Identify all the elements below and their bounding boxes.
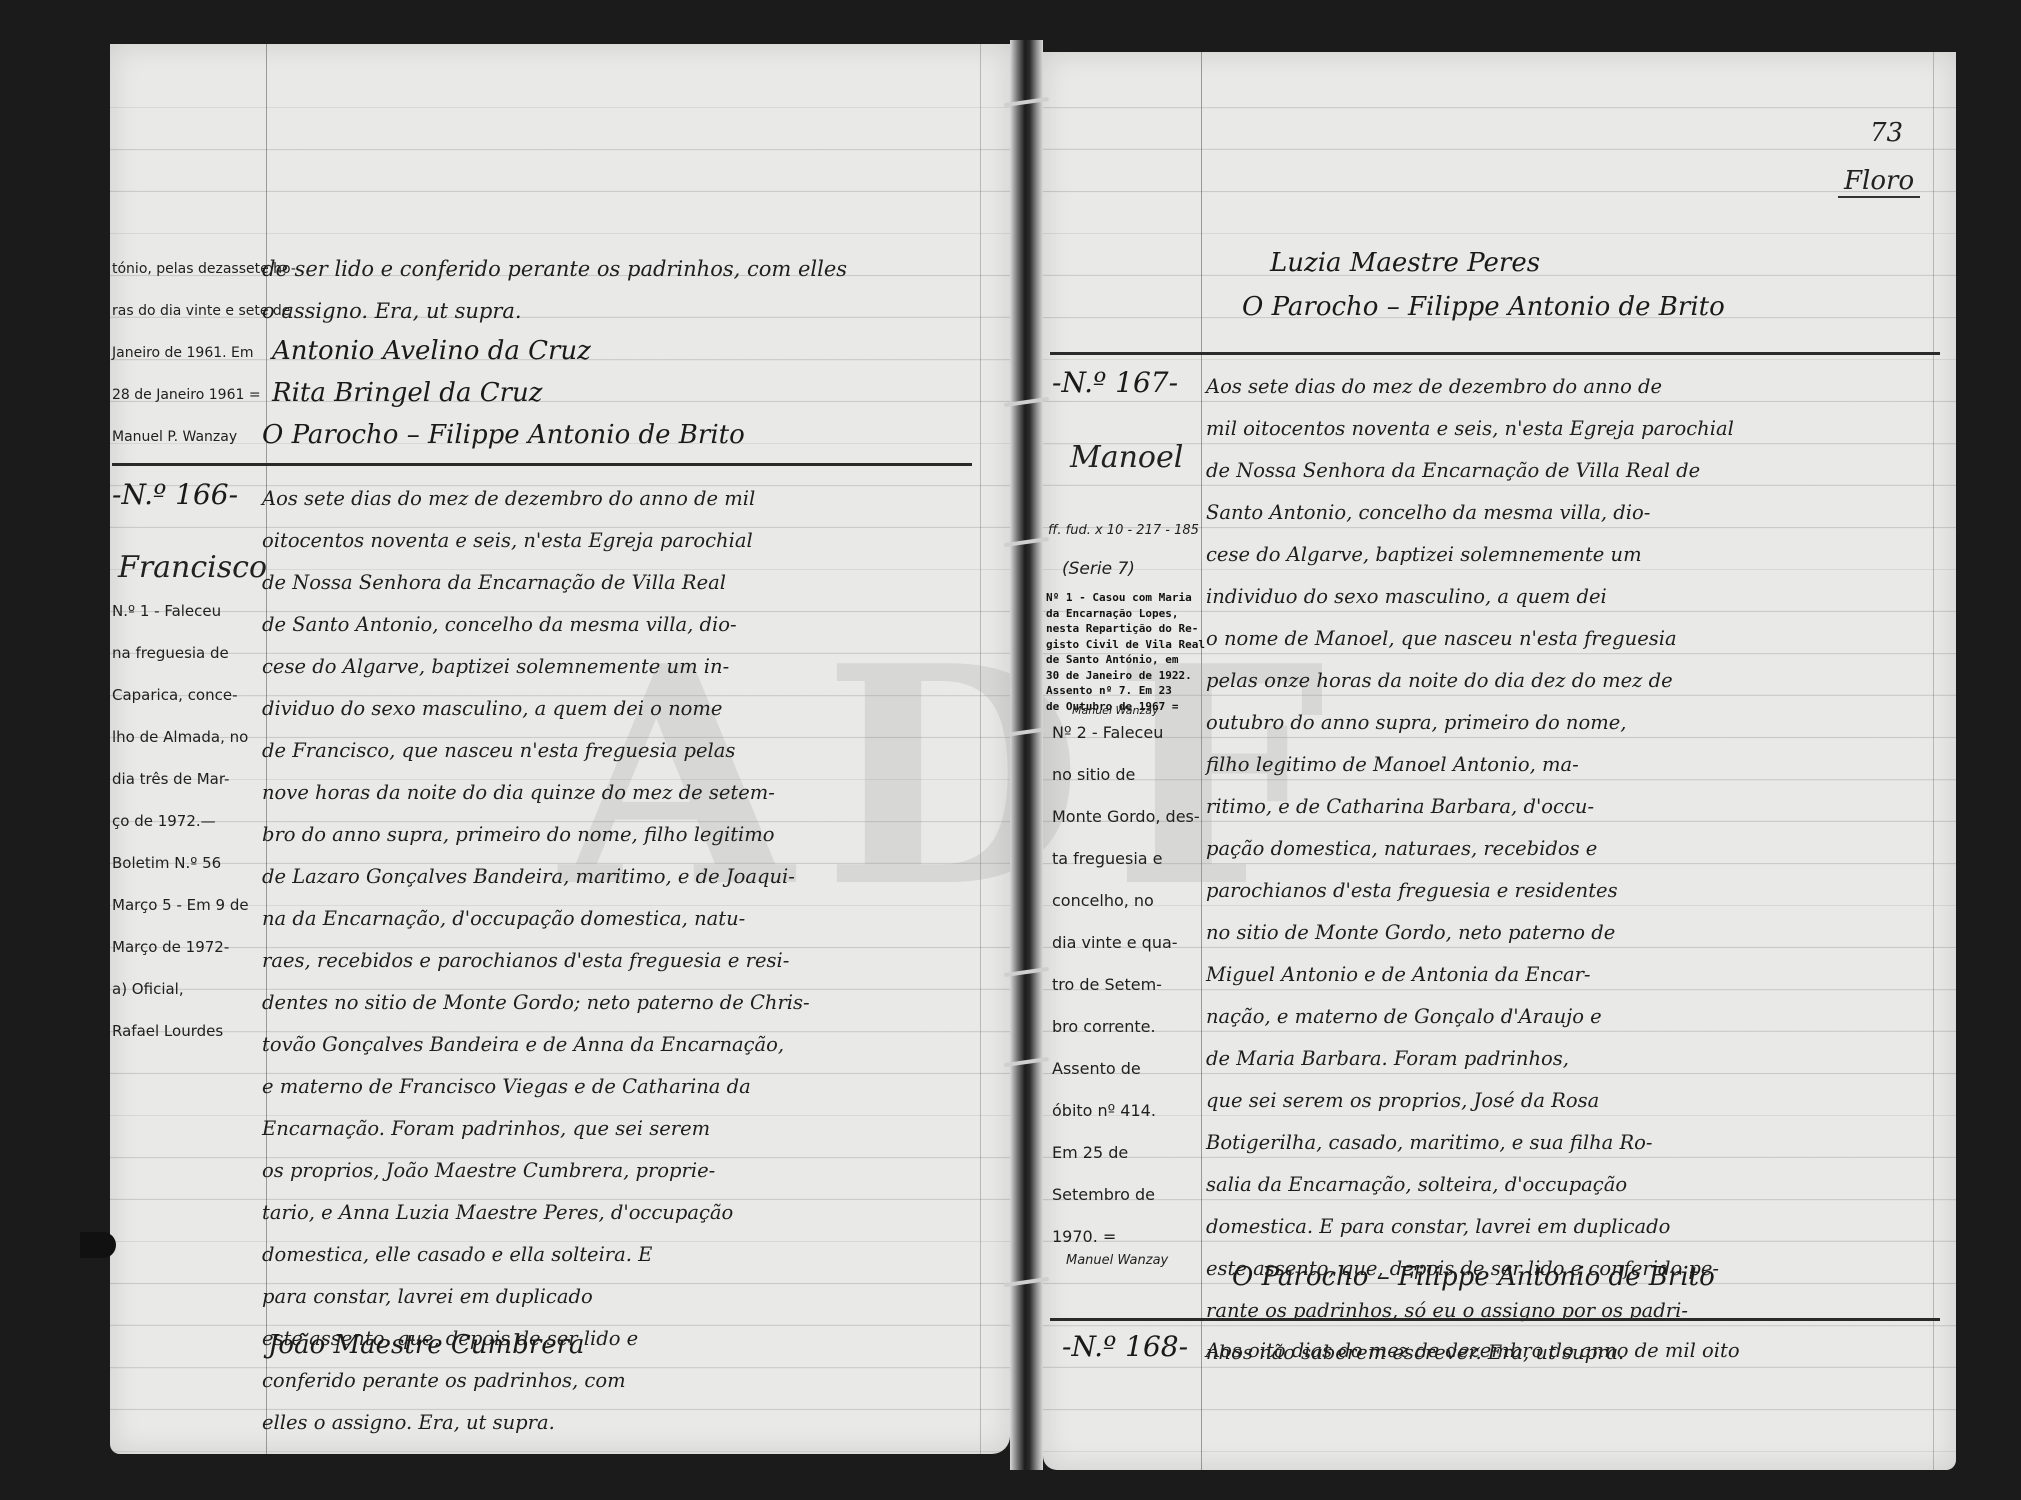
- entry-number-166: -N.º 166-: [112, 478, 238, 511]
- text-line: pelas onze horas da noite do dia dez do …: [1206, 660, 1734, 702]
- entry-167-body: Aos sete dias do mez de dezembro do anno…: [1206, 366, 1734, 1374]
- annotation-line: Em 25 de: [1052, 1132, 1200, 1174]
- text-line: no sitio de Monte Gordo, neto paterno de: [1206, 912, 1734, 954]
- child-name-manoel: Manoel: [1070, 440, 1183, 475]
- text-line: outubro do anno supra, primeiro do nome,: [1206, 702, 1734, 744]
- text-line: nação, e materno de Gonçalo d'Araujo e: [1206, 996, 1734, 1038]
- entry-divider: [1050, 1318, 1940, 1321]
- binding-stitch: [1004, 397, 1049, 407]
- text-line: de Nossa Senhora da Encarnação de Villa …: [1206, 450, 1734, 492]
- text-line: Aos sete dias do mez de dezembro do anno…: [262, 478, 810, 520]
- text-line: rante os padrinhos, só eu o assigno por …: [1206, 1290, 1734, 1332]
- text-line: na da Encarnação, d'occupação domestica,…: [262, 898, 810, 940]
- text-line: de Nossa Senhora da Encarnação de Villa …: [262, 562, 810, 604]
- reference-note: ff. fud. x 10 - 217 - 185: [1048, 510, 1199, 552]
- text-line: Aos sete dias do mez de dezembro do anno…: [1206, 366, 1734, 408]
- signature-parish-priest-167: O Parocho – Filippe Antonio de Brito: [1232, 1262, 1715, 1292]
- margin-line: 28 de Janeiro 1961 =: [112, 374, 296, 416]
- left-entry-margin-note: N.º 1 - Faleceu na freguesia de Caparica…: [112, 590, 249, 1052]
- entry-number-168: -N.º 168-: [1062, 1330, 1188, 1363]
- text-line: para constar, lavrei em duplicado: [262, 1276, 810, 1318]
- text-line: Encarnação. Foram padrinhos, que sei ser…: [262, 1108, 810, 1150]
- binding-stitch: [1004, 967, 1049, 977]
- entry-168-first-line: Aos oito dias do mez de dezembro do anno…: [1206, 1330, 1740, 1372]
- text-line: de Santo Antonio, concelho da mesma vill…: [262, 604, 810, 646]
- binding-stitch: [1004, 537, 1049, 547]
- left-edge-rule: [980, 44, 981, 1454]
- margin-line: dia três de Mar-: [112, 758, 249, 800]
- text-line: Botigerilha, casado, maritimo, e sua fil…: [1206, 1122, 1734, 1164]
- text-line: tario, e Anna Luzia Maestre Peres, d'occ…: [262, 1192, 810, 1234]
- text-line: mil oitocentos noventa e seis, n'esta Eg…: [1206, 408, 1734, 450]
- margin-line: Janeiro de 1961. Em: [112, 332, 296, 374]
- margin-line: Boletim N.º 56: [112, 842, 249, 884]
- text-line: dentes no sitio de Monte Gordo; neto pat…: [262, 982, 810, 1024]
- entry-divider: [1050, 352, 1940, 355]
- text-line: cese do Algarve, baptizei solemnemente u…: [1206, 534, 1734, 576]
- text-line: bro do anno supra, primeiro do nome, fil…: [262, 814, 810, 856]
- scanner-thumb-shadow: [80, 1232, 116, 1258]
- annotation-line: Nº 1 - Casou com Maria: [1046, 590, 1205, 606]
- left-top-text: de ser lido e conferido perante os padri…: [262, 248, 847, 332]
- margin-line: ço de 1972.—: [112, 800, 249, 842]
- annotation-line: Setembro de: [1052, 1174, 1200, 1216]
- text-line: salia da Encarnação, solteira, d'occupaç…: [1206, 1164, 1734, 1206]
- text-line: conferido perante os padrinhos, com: [262, 1360, 810, 1402]
- annotation-line: Assento de: [1052, 1048, 1200, 1090]
- margin-signature: Rafael Lourdes: [112, 1010, 249, 1052]
- annotation-line: dia vinte e qua-: [1052, 922, 1200, 964]
- annotation-line: da Encarnação Lopes,: [1046, 606, 1205, 622]
- signature-godfather: Antonio Avelino da Cruz: [272, 336, 591, 366]
- margin-line: N.º 1 - Faleceu: [112, 590, 249, 632]
- text-line: cese do Algarve, baptizei solemnemente u…: [262, 646, 810, 688]
- annotation-line: ta freguesia e: [1052, 838, 1200, 880]
- text-line: oitocentos noventa e seis, n'esta Egreja…: [262, 520, 810, 562]
- binding-stitch: [1004, 727, 1049, 737]
- text-line: de Maria Barbara. Foram padrinhos,: [1206, 1038, 1734, 1080]
- text-line: dividuo do sexo masculino, a quem dei o …: [262, 688, 810, 730]
- annotation-line: no sitio de: [1052, 754, 1200, 796]
- annotation-line: Monte Gordo, des-: [1052, 796, 1200, 838]
- annotation-line: bro corrente.: [1052, 1006, 1200, 1048]
- annotation-line: 30 de Janeiro de 1922.: [1046, 668, 1205, 684]
- text-line: ritimo, e de Catharina Barbara, d'occu-: [1206, 786, 1734, 828]
- annotation-line: de Santo António, em: [1046, 652, 1205, 668]
- entry-number-167: -N.º 167-: [1052, 366, 1178, 399]
- margin-line: na freguesia de: [112, 632, 249, 674]
- series-note: (Serie 7): [1062, 548, 1135, 590]
- annotation-signature-2: Manuel Wanzay: [1066, 1240, 1168, 1282]
- text-line: pação domestica, naturaes, recebidos e: [1206, 828, 1734, 870]
- signature-joao-maestre: João Maestre Cumbrera: [268, 1330, 585, 1360]
- annotation-line: óbito nº 414.: [1052, 1090, 1200, 1132]
- signature-parish-priest-right: O Parocho – Filippe Antonio de Brito: [1242, 292, 1725, 322]
- text-line: domestica, elle casado e ella solteira. …: [262, 1234, 810, 1276]
- annotation-line: gisto Civil de Vila Real: [1046, 637, 1205, 653]
- binding-stitch: [1004, 97, 1049, 107]
- entry-divider: [112, 463, 972, 466]
- margin-line: a) Oficial,: [112, 968, 249, 1010]
- binding-stitch: [1004, 1277, 1049, 1287]
- text-line: domestica. E para constar, lavrei em dup…: [1206, 1206, 1734, 1248]
- annotation-line: nesta Repartição do Re-: [1046, 621, 1205, 637]
- text-line: tovão Gonçalves Bandeira e de Anna da En…: [262, 1024, 810, 1066]
- signature-luzia-maestre: Luzia Maestre Peres: [1270, 248, 1540, 278]
- text-line: de Lazaro Gonçalves Bandeira, maritimo, …: [262, 856, 810, 898]
- signature-godmother: Rita Bringel da Cruz: [272, 378, 543, 408]
- text-line: os proprios, João Maestre Cumbrera, prop…: [262, 1150, 810, 1192]
- margin-line: lho de Almada, no: [112, 716, 249, 758]
- text-line: Santo Antonio, concelho da mesma villa, …: [1206, 492, 1734, 534]
- text-line: raes, recebidos e parochianos d'esta fre…: [262, 940, 810, 982]
- text-line: parochianos d'esta freguesia e residente…: [1206, 870, 1734, 912]
- entry-166-body: Aos sete dias do mez de dezembro do anno…: [262, 478, 810, 1444]
- text-line: de Francisco, que nasceu n'esta freguesi…: [262, 730, 810, 772]
- margin-line: Março 5 - Em 9 de: [112, 884, 249, 926]
- annotation-line: concelho, no: [1052, 880, 1200, 922]
- text-line: que sei serem os proprios, José da Rosa: [1206, 1080, 1734, 1122]
- death-annotation: Nº 2 - Faleceu no sitio de Monte Gordo, …: [1052, 712, 1200, 1258]
- annotation-line: Assento nº 7. Em 23: [1046, 683, 1205, 699]
- child-name-francisco: Francisco: [118, 550, 267, 585]
- annotation-line: tro de Setem-: [1052, 964, 1200, 1006]
- annotation-line: Nº 2 - Faleceu: [1052, 712, 1200, 754]
- right-margin-rule: [1201, 52, 1202, 1470]
- binding-stitch: [1004, 1057, 1049, 1067]
- text-line: de ser lido e conferido perante os padri…: [262, 248, 847, 290]
- signature-parish-priest: O Parocho – Filippe Antonio de Brito: [262, 420, 745, 450]
- folio-note: Floro: [1838, 166, 1920, 198]
- text-line: Miguel Antonio e de Antonia da Encar-: [1206, 954, 1734, 996]
- margin-line: Caparica, conce-: [112, 674, 249, 716]
- text-line: filho legitimo de Manoel Antonio, ma-: [1206, 744, 1734, 786]
- folio-number: 73: [1870, 118, 1903, 148]
- book-spine: [1010, 40, 1043, 1470]
- text-line: elles o assigno. Era, ut supra.: [262, 1402, 810, 1444]
- marriage-annotation: Nº 1 - Casou com Maria da Encarnação Lop…: [1046, 590, 1205, 714]
- text-line: individuo do sexo masculino, a quem dei: [1206, 576, 1734, 618]
- text-line: o nome de Manoel, que nasceu n'esta freg…: [1206, 618, 1734, 660]
- margin-line: Março de 1972-: [112, 926, 249, 968]
- text-line: o assigno. Era, ut supra.: [262, 290, 847, 332]
- right-edge-rule: [1933, 52, 1934, 1470]
- text-line: e materno de Francisco Viegas e de Catha…: [262, 1066, 810, 1108]
- text-line: nove horas da noite do dia quinze do mez…: [262, 772, 810, 814]
